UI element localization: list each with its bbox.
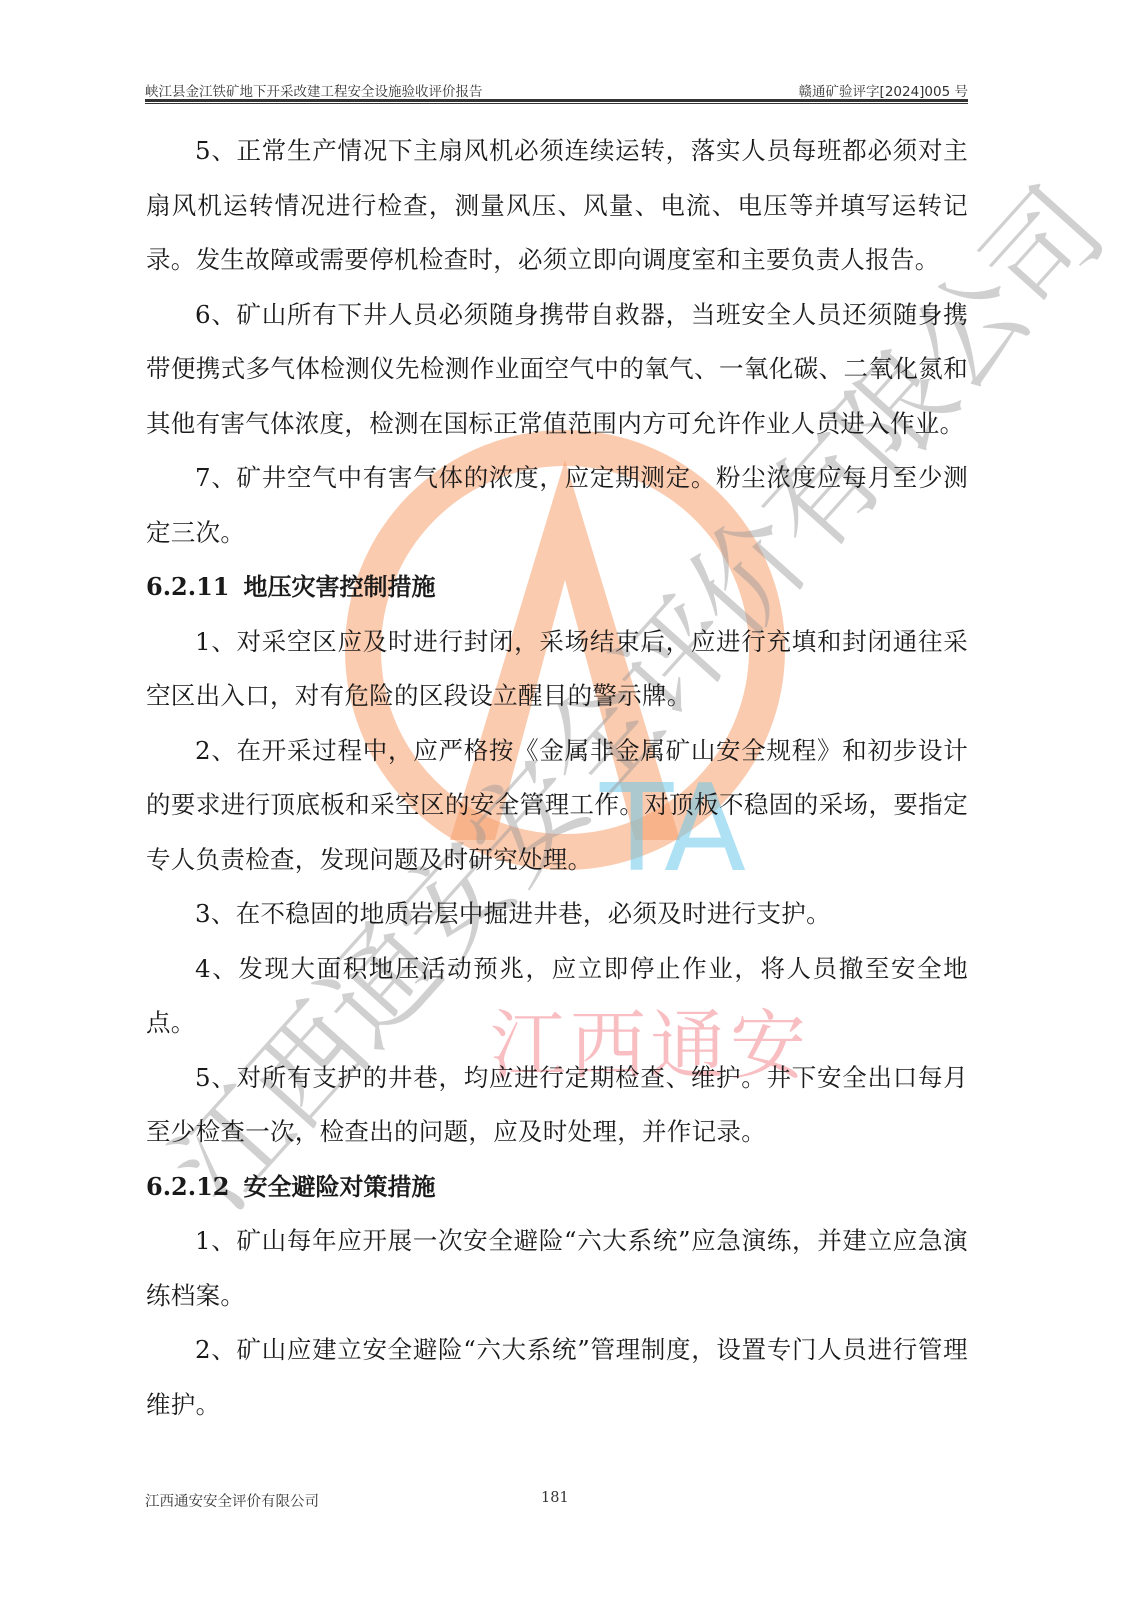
section-title: 安全避险对策措施 <box>244 1172 436 1201</box>
paragraph: 2、在开采过程中，应严格按《金属非金属矿山安全规程》和初步设计的要求进行顶底板和… <box>146 724 968 888</box>
paragraph: 1、矿山每年应开展一次安全避险“六大系统”应急演练，并建立应急演练档案。 <box>146 1214 968 1323</box>
header-rule-thin <box>145 103 968 104</box>
paragraph: 4、发现大面积地压活动预兆，应立即停止作业，将人员撤至安全地点。 <box>146 942 968 1051</box>
paragraph: 1、对采空区应及时进行封闭，采场结束后，应进行充填和封闭通往采空区出入口，对有危… <box>146 615 968 724</box>
paragraph: 7、矿井空气中有害气体的浓度，应定期测定。粉尘浓度应每月至少测定三次。 <box>146 451 968 560</box>
section-title: 地压灾害控制措施 <box>244 572 436 601</box>
paragraph: 3、在不稳固的地质岩层中掘进井巷，必须及时进行支护。 <box>146 887 968 942</box>
section-heading: 6.2.12安全避险对策措施 <box>146 1160 968 1215</box>
section-number: 6.2.11 <box>146 572 230 601</box>
header-rule <box>145 99 968 102</box>
section-number: 6.2.12 <box>146 1172 230 1201</box>
paragraph: 6、矿山所有下井人员必须随身携带自救器，当班安全人员还须随身携带便携式多气体检测… <box>146 288 968 452</box>
footer-company: 江西通安安全评价有限公司 <box>145 1490 319 1511</box>
paragraph: 5、正常生产情况下主扇风机必须连续运转，落实人员每班都必须对主扇风机运转情况进行… <box>146 124 968 288</box>
page-header: 峡江县金江铁矿地下开采改建工程安全设施验收评价报告 赣通矿验评字[2024]00… <box>145 78 968 100</box>
document-page: 峡江县金江铁矿地下开采改建工程安全设施验收评价报告 赣通矿验评字[2024]00… <box>0 0 1131 1600</box>
document-body: 5、正常生产情况下主扇风机必须连续运转，落实人员每班都必须对主扇风机运转情况进行… <box>146 124 968 1432</box>
report-number: 赣通矿验评字[2024]005 号 <box>799 80 968 100</box>
section-heading: 6.2.11地压灾害控制措施 <box>146 560 968 615</box>
paragraph: 5、对所有支护的井巷，均应进行定期检查、维护。井下安全出口每月至少检查一次，检查… <box>146 1051 968 1160</box>
report-title: 峡江县金江铁矿地下开采改建工程安全设施验收评价报告 <box>145 80 483 100</box>
paragraph: 2、矿山应建立安全避险“六大系统”管理制度，设置专门人员进行管理维护。 <box>146 1323 968 1432</box>
page-number: 181 <box>541 1490 569 1506</box>
